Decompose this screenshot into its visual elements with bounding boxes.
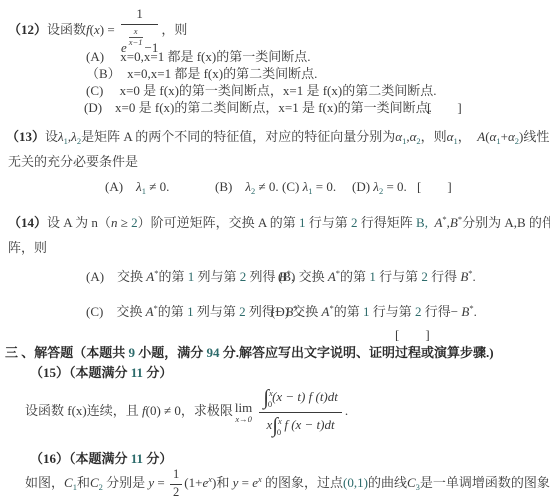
text-run: 行与第: [306, 215, 352, 230]
q15-limit-subscript: x→0: [235, 415, 252, 424]
text-run: =: [154, 475, 168, 490]
q14-answer-bracket: [ ]: [395, 326, 430, 343]
text-run: .: [473, 269, 476, 284]
text-run: 分）: [143, 451, 172, 466]
q13-stem-line1: （13）设λ1,λ2是矩阵 A 的两个不同的特征值，对应的特征向量分别为α1,α…: [6, 128, 549, 150]
q15-fraction-numerator: ∫x0(x − t) f (t)dt: [259, 387, 342, 413]
exam-document-page: （12）设函数f(x) = 1exx−1−1，则 (A) x=0,x=1 都是 …: [0, 0, 550, 502]
q14-stem-line2: 阵，则: [8, 239, 47, 256]
text-run: 分别为 A,B 的伴随矩: [462, 215, 550, 230]
text-run: 设函数 f(x)连续，且: [25, 403, 142, 418]
q15-limit-operator: limx→0: [235, 401, 252, 424]
text-run: (A): [105, 179, 136, 194]
text-run: 的第: [340, 269, 369, 284]
q15-heading-text: （15）（本题满分 11 分）: [30, 365, 172, 380]
text-run: （12）: [8, 22, 47, 37]
text-run: A: [328, 269, 336, 284]
q16-heading-text: （16）（本题满分 11 分）: [30, 451, 172, 466]
text-run: （13）: [6, 129, 45, 144]
q13-answer-bracket: [ ]: [417, 178, 452, 195]
q12-option-d: (D) x=0 是 f(x)的第二类间断点，x=1 是 f(x)的第一类间断点.: [84, 99, 432, 116]
q14-stem-line2-text: 阵，则: [8, 240, 47, 255]
q12-exponent-fraction: xx−1: [129, 27, 143, 48]
q12-stem-after: ，则: [161, 22, 187, 37]
q13-option-b: (B) λ2 ≠ 0.: [215, 178, 279, 200]
text-run: 行与第: [370, 304, 416, 319]
q15-fraction-denominator: x∫x0 f (x − t)dt: [259, 413, 342, 438]
text-run: 如图，: [25, 475, 64, 490]
text-run: (A) 交换: [86, 269, 146, 284]
text-run: C: [64, 475, 73, 490]
text-run: (C) 交换: [86, 304, 146, 319]
q16-half-numerator: 1: [170, 467, 182, 485]
text-run: =: [238, 475, 252, 490]
q16-body: 如图，C1和C2 分别是 y = 12(1+ex)和 y = ex 的图象，过点…: [25, 467, 550, 500]
text-run: A: [146, 304, 154, 319]
text-run: (C): [282, 179, 303, 194]
text-run: B: [450, 215, 458, 230]
text-run: ) =: [100, 22, 118, 37]
text-run: 的第: [158, 304, 187, 319]
text-run: 的曲线: [368, 475, 407, 490]
text-run: A: [322, 304, 330, 319]
section-heading-text: 三 、解答题（本题共 9 小题，满分 94 分.解答应写出文字说明、证明过程或演…: [5, 345, 494, 360]
text-run: (D): [352, 179, 373, 194]
text-run: （14）: [8, 215, 47, 230]
text-run: 三 、解答题（本题共: [5, 345, 129, 360]
text-run: 设函数: [47, 22, 86, 37]
q15-period: .: [345, 403, 348, 418]
text-run: A: [477, 129, 485, 144]
q12-option-c-text: (C) x=0 是 f(x)的第一类间断点，x=1 是 f(x)的第二类间断点.: [86, 83, 436, 98]
q14-stem-line1: （14）设 A 为 n（n ≥ 2）阶可逆矩阵，交换 A 的第 1 行与第 2 …: [8, 211, 550, 231]
text-run: 设 A 为 n（: [47, 215, 111, 230]
text-run: (x − t) f (t)dt: [272, 389, 338, 404]
text-run: 的第: [334, 304, 363, 319]
text-run: ≠ 0.: [146, 179, 169, 194]
q16-heading: （16）（本题满分 11 分）: [30, 450, 172, 467]
text-run: 分.解答应写出文字说明、证明过程或演算步骤.): [220, 345, 494, 360]
q12-option-a-text: (A) x=0,x=1 都是 f(x)的第一类间断点.: [86, 49, 310, 64]
q14-answer-bracket-text: [ ]: [395, 327, 430, 342]
text-run: （16）（本题满分: [30, 451, 131, 466]
text-run: = 0.: [312, 179, 336, 194]
q14-option-a: (A) 交换 A*的第 1 列与第 2 列得 B*.: [86, 265, 294, 285]
section-heading: 三 、解答题（本题共 9 小题，满分 94 分.解答应写出文字说明、证明过程或演…: [5, 344, 494, 361]
text-run: 列与第: [194, 304, 240, 319]
q15-body-text: 设函数 f(x)连续，且 f(0) ≠ 0，求极限: [25, 403, 233, 418]
text-run: 94: [207, 345, 220, 360]
text-run: α: [508, 129, 515, 144]
text-run: ≠ 0.: [255, 179, 278, 194]
text-run: B,: [416, 215, 428, 230]
text-run: (0,1): [343, 475, 368, 490]
q12-option-b: （B） x=0,x=1 都是 f(x)的第二类间断点.: [86, 65, 317, 82]
q14-option-d: (D) 交换 A*的第 1 行与第 2 行得− B*.: [271, 300, 477, 320]
q12-answer-bracket-text: [ ]: [427, 100, 462, 115]
text-run: 行得矩阵: [358, 215, 417, 230]
text-run: ，: [458, 129, 478, 144]
q12-answer-bracket: [ ]: [427, 99, 462, 116]
text-run: 的图象，过点: [262, 475, 343, 490]
text-run: (B): [215, 179, 245, 194]
text-run: 列得: [246, 269, 279, 284]
text-run: 行与第: [376, 269, 422, 284]
text-run: 是矩阵 A 的两个不同的特征值，对应的特征向量分别为: [81, 129, 395, 144]
q12-option-a: (A) x=0,x=1 都是 f(x)的第一类间断点.: [86, 48, 310, 65]
text-run: 11: [131, 451, 143, 466]
text-run: C: [407, 475, 416, 490]
q12-option-b-text: （B） x=0,x=1 都是 f(x)的第二类间断点.: [86, 66, 317, 81]
text-run: 分别是: [103, 475, 149, 490]
text-run: f (x − t)dt: [281, 417, 335, 432]
q15-heading: （15）（本题满分 11 分）: [30, 364, 172, 381]
text-run: ）阶可逆矩阵，交换 A 的第: [138, 215, 299, 230]
q13-option-c: (C) λ1 = 0.: [282, 178, 336, 200]
q14-option-b: (B) 交换 A*的第 1 行与第 2 行得 B*.: [278, 265, 476, 285]
q16-half-denominator: 2: [170, 485, 182, 501]
text-run: 行得: [428, 269, 461, 284]
text-run: 行得−: [422, 304, 462, 319]
q13-stem-line2-text: 无关的充分必要条件是: [8, 154, 138, 169]
text-run: ，则: [421, 129, 447, 144]
text-run: (B) 交换: [278, 269, 328, 284]
q15-fraction: ∫x0(x − t) f (t)dtx∫x0 f (x − t)dt: [259, 387, 342, 437]
q16-body-text-left: 如图，C1和C2 分别是 y =: [25, 475, 168, 490]
text-run: (0) ≠ 0，求极限: [146, 403, 233, 418]
q14-stem-line1-text: （14）设 A 为 n（n ≥ 2）阶可逆矩阵，交换 A 的第 1 行与第 2 …: [8, 215, 550, 230]
text-run: 的第: [159, 269, 188, 284]
text-run: 线性: [523, 129, 549, 144]
q12-fraction-numerator: 1: [121, 6, 158, 25]
q13-option-a: (A) λ1 ≠ 0.: [105, 178, 169, 200]
text-run: 是一单调增函数的图象. 过: [420, 475, 550, 490]
text-run: 和: [77, 475, 90, 490]
q13-option-d: (D) λ2 = 0.: [352, 178, 407, 200]
q14-option-c: (C) 交换 A*的第 1 列与第 2 列得− B*.: [86, 300, 301, 320]
text-run: .: [474, 304, 477, 319]
text-run: ≥: [117, 215, 131, 230]
q15-limit-lim: lim: [235, 401, 252, 414]
text-run: 列与第: [194, 269, 240, 284]
q16-body-text-right: (1+ex)和 y = ex 的图象，过点(0,1)的曲线C3是一单调增函数的图…: [184, 475, 550, 490]
text-run: 设: [45, 129, 58, 144]
q12-stem-text: （12）设函数f(x) =: [8, 22, 118, 37]
q12-exponent-denominator: x−1: [129, 38, 143, 48]
q16-half-fraction: 12: [170, 467, 182, 500]
text-run: +: [501, 129, 508, 144]
q13-stem-line2: 无关的充分必要条件是: [8, 153, 138, 170]
text-run: 分）: [143, 365, 172, 380]
text-run: = 0.: [383, 179, 407, 194]
text-run: (D) 交换: [271, 304, 322, 319]
text-run: （15）（本题满分: [30, 365, 131, 380]
text-run: (1+: [184, 475, 202, 490]
text-run: 小题，满分: [135, 345, 207, 360]
q12-option-d-text: (D) x=0 是 f(x)的第二类间断点，x=1 是 f(x)的第一类间断点.: [84, 100, 432, 115]
text-run: C: [90, 475, 99, 490]
q13-stem-line1-text: （13）设λ1,λ2是矩阵 A 的两个不同的特征值，对应的特征向量分别为α1,α…: [6, 129, 549, 144]
text-run: )和: [212, 475, 233, 490]
q15-body: 设函数 f(x)连续，且 f(0) ≠ 0，求极限limx→0∫x0(x − t…: [25, 387, 348, 437]
text-run: 11: [131, 365, 143, 380]
q12-option-c: (C) x=0 是 f(x)的第一类间断点，x=1 是 f(x)的第二类间断点.: [86, 82, 436, 99]
